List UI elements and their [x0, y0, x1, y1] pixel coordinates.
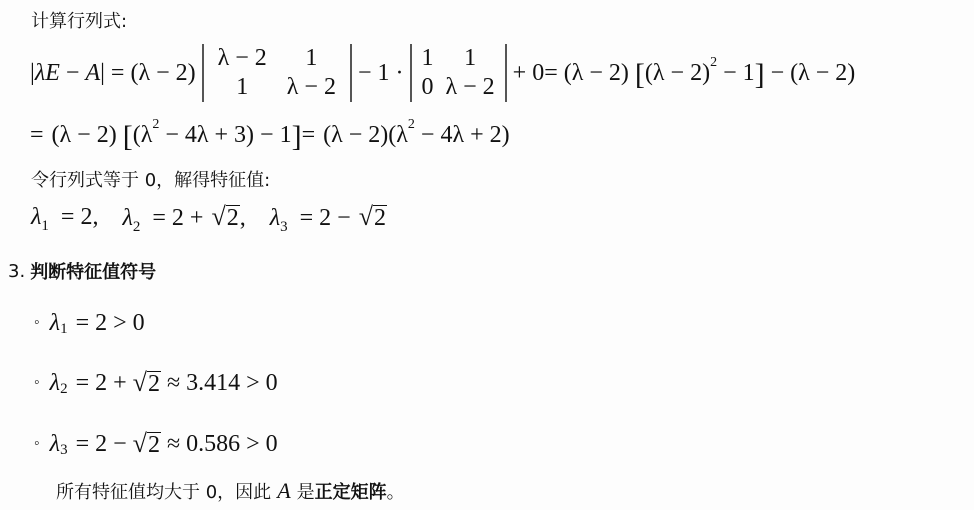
rhs-factor: (λ − 2) — [564, 60, 629, 87]
eigenvalue-expr: = 2 + — [152, 205, 203, 231]
matrix1-cell: λ − 2 — [277, 73, 346, 102]
eigenvalue-expr: = 2 − — [300, 205, 351, 231]
conclusion-mid: 是 — [297, 478, 315, 504]
eigenvalue-2: λ2 = 2 + √2, — [122, 202, 245, 232]
sqrt-symbol: √2 — [131, 429, 161, 459]
sqrt-symbol: √2 — [357, 202, 387, 232]
section-number: 3. — [8, 261, 25, 282]
eigenvalue-1: λ1 = 2, — [31, 204, 98, 231]
factor-lambda-minus-2: (λ − 2) — [130, 60, 195, 87]
subscript: 1 — [60, 321, 68, 338]
set-zero-label: 令行列式等于 0，解得特征值: — [31, 166, 270, 192]
conclusion-bold: 正定矩阵 — [315, 478, 387, 504]
list-item: ◦ λ3 = 2 − √2 ≈ 0.586 > 0 — [34, 427, 278, 461]
inner-open: (λ — [133, 122, 153, 149]
factor: (λ − 2) — [52, 122, 117, 149]
result-rest: − 4λ + 2) — [421, 122, 510, 149]
subscript: 3 — [280, 219, 288, 235]
plus-zero: + 0= — [513, 60, 558, 87]
identity-matrix-E: E — [45, 60, 60, 87]
matrix2-cell: 1 — [440, 44, 501, 73]
matrix-A: A — [85, 60, 100, 87]
radicand: 2 — [373, 205, 387, 230]
bracket-open: [ — [123, 120, 133, 154]
radicand: 2 — [147, 371, 161, 396]
rhs-exponent: 2 — [710, 55, 717, 71]
sqrt-symbol: √2 — [209, 202, 239, 232]
lambda-symbol: λ — [50, 310, 60, 337]
inner-exponent: 2 — [152, 117, 159, 133]
simplification-line: = (λ − 2) [ (λ2 − 4λ + 3) − 1 ] = (λ − 2… — [30, 118, 510, 152]
section-heading: 3. 判断特征值符号 — [8, 258, 156, 284]
eigenvalue-expr: = 2, — [61, 204, 99, 230]
determinant-matrix-1: λ − 2 1 1 λ − 2 — [202, 44, 352, 102]
eigenvalue-3: λ3 = 2 − √2 — [270, 202, 387, 232]
minus-sign: − — [66, 60, 80, 87]
list-item: ◦ λ1 = 2 > 0 — [34, 307, 145, 339]
lambda-symbol: λ — [35, 60, 45, 87]
subscript: 2 — [133, 219, 141, 235]
determinant-equation: | λ E − A | = (λ − 2) λ − 2 1 1 λ − 2 − … — [30, 38, 855, 108]
sqrt-symbol: √2 — [131, 368, 161, 398]
conclusion-end: 。 — [387, 478, 405, 504]
subscript: 3 — [60, 442, 68, 459]
matrix2-cell: 1 — [416, 44, 440, 73]
matrix2-cell: 0 — [416, 73, 440, 102]
rhs-inner: (λ − 2) — [645, 60, 710, 87]
intro-label: 计算行列式: — [31, 7, 127, 33]
bracket-open: [ — [635, 58, 645, 92]
section-title: 判断特征值符号 — [30, 258, 156, 284]
lambda-symbol: λ — [31, 204, 41, 230]
bullet-expr: = 2 − — [76, 431, 127, 458]
bullet-expr-post: ≈ 3.414 > 0 — [167, 370, 278, 397]
conclusion-pre: 所有特征值均大于 0，因此 — [56, 478, 271, 504]
minus-one-dot: − 1 · — [358, 60, 404, 87]
conclusion: 所有特征值均大于 0，因此 A 是 正定矩阵 。 — [56, 478, 405, 504]
list-item: ◦ λ2 = 2 + √2 ≈ 3.414 > 0 — [34, 366, 278, 400]
circle-bullet-icon: ◦ — [34, 374, 40, 392]
matrix2-cell: λ − 2 — [440, 73, 501, 102]
circle-bullet-icon: ◦ — [34, 314, 40, 332]
subscript: 1 — [41, 218, 49, 234]
lambda-symbol: λ — [270, 205, 280, 231]
determinant-matrix-2: 1 1 0 λ − 2 — [410, 44, 507, 102]
abs-close: | — [100, 60, 105, 87]
bracket-close: ] — [292, 120, 302, 154]
matrix1-cell: 1 — [208, 73, 277, 102]
eigenvalues-line: λ1 = 2, λ2 = 2 + √2, λ3 = 2 − √2 — [31, 200, 387, 234]
lambda-symbol: λ — [50, 370, 60, 397]
matrix1-cell: 1 — [277, 44, 346, 73]
lambda-symbol: λ — [122, 205, 132, 231]
bracket-close: ] — [755, 58, 765, 92]
eigenvalue-expr-post: , — [240, 205, 246, 231]
rhs-minus-one: − 1 — [723, 60, 755, 87]
rhs-tail: − (λ − 2) — [771, 60, 856, 87]
bullet-expr-post: ≈ 0.586 > 0 — [167, 431, 278, 458]
bullet-expr: = 2 + — [76, 370, 127, 397]
radicand: 2 — [147, 432, 161, 457]
equals-sign: = — [111, 60, 125, 87]
result-exponent: 2 — [408, 117, 415, 133]
result-factor: (λ − 2)(λ — [323, 122, 408, 149]
radicand: 2 — [226, 205, 240, 230]
equals-sign: = — [30, 122, 44, 149]
bullet-expr: = 2 > 0 — [76, 310, 145, 337]
matrix-A: A — [277, 478, 290, 504]
circle-bullet-icon: ◦ — [34, 435, 40, 453]
equals-sign-2: = — [302, 122, 316, 149]
lambda-symbol: λ — [50, 431, 60, 458]
inner-rest: − 4λ + 3) − 1 — [165, 122, 291, 149]
subscript: 2 — [60, 381, 68, 398]
matrix1-cell: λ − 2 — [208, 44, 277, 73]
